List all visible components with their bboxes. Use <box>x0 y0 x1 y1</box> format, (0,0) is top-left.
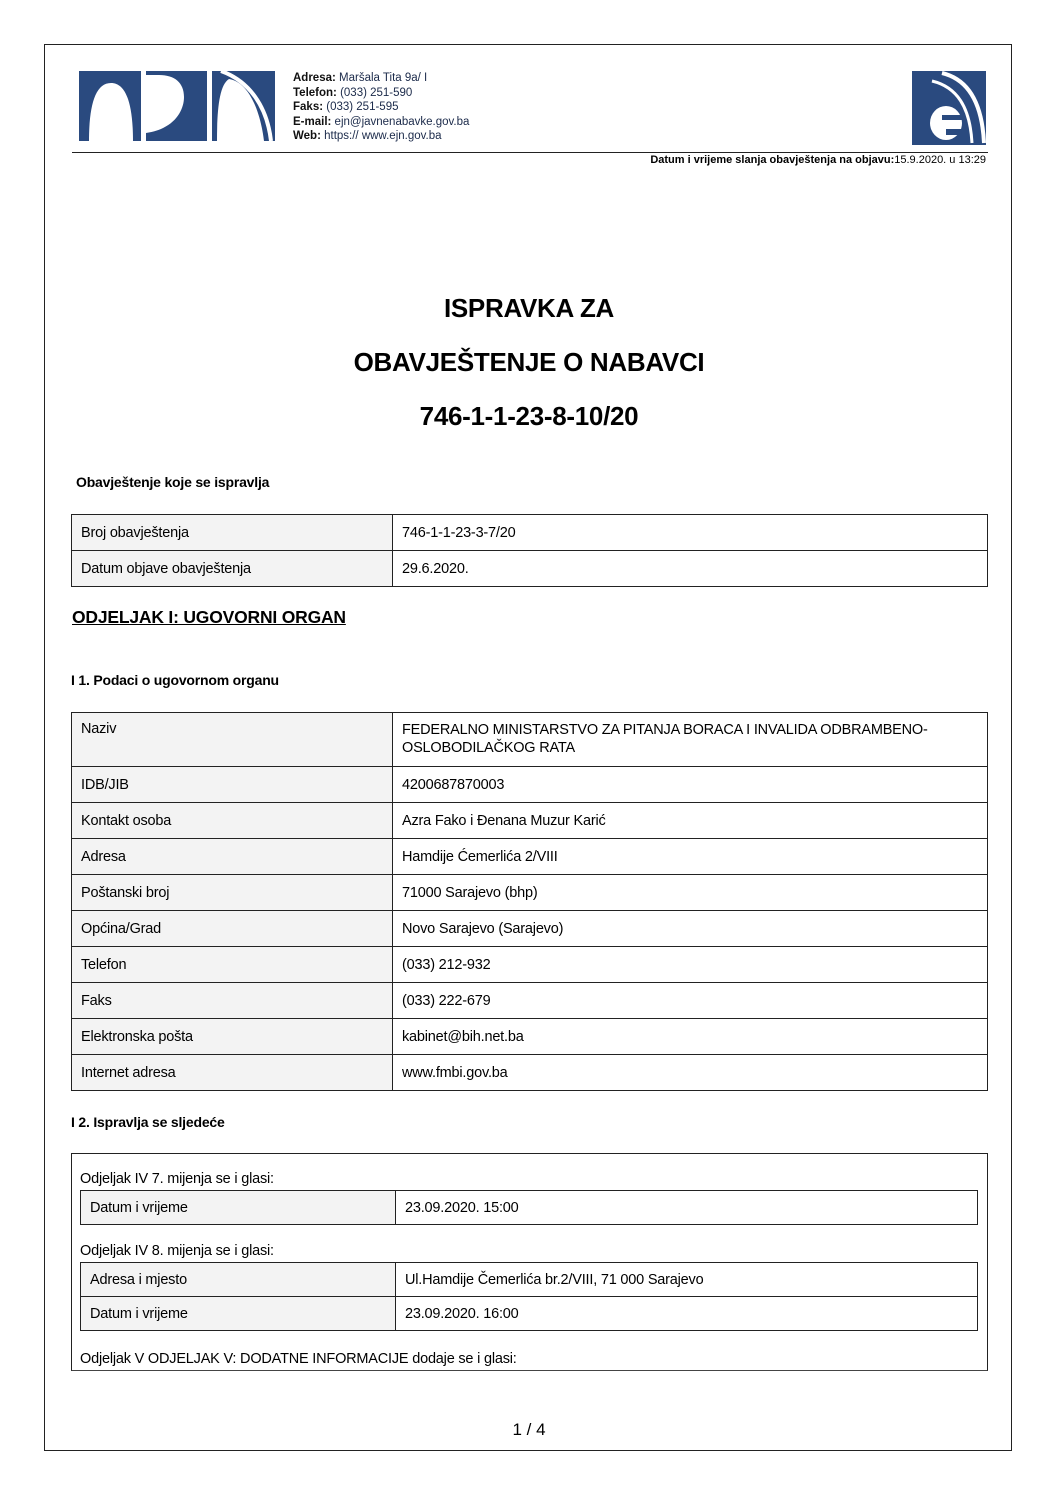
table-row: Elektronska poštakabinet@bih.net.ba <box>72 1019 988 1055</box>
row-value: Hamdije Ćemerlića 2/VIII <box>393 839 988 875</box>
table-row: Datum i vrijeme23.09.2020. 16:00 <box>81 1297 978 1331</box>
row-label: Adresa i mjesto <box>81 1263 396 1297</box>
table-row: IDB/JIB4200687870003 <box>72 767 988 803</box>
table-row: Kontakt osobaAzra Fako i Đenana Muzur Ka… <box>72 803 988 839</box>
contact-web: Web: https:// www.ejn.gov.ba <box>293 129 469 144</box>
row-label: Elektronska pošta <box>72 1019 393 1055</box>
row-label: Datum i vrijeme <box>81 1191 396 1225</box>
contact-info: Adresa: Maršala Tita 9a/ I Telefon: (033… <box>293 71 469 144</box>
row-label: Broj obavještenja <box>72 515 393 551</box>
table-row: Datum objave obavještenja29.6.2020. <box>72 551 988 587</box>
contact-phone: Telefon: (033) 251-590 <box>293 86 469 101</box>
change-title: Odjeljak V ODJELJAK V: DODATNE INFORMACI… <box>80 1351 517 1367</box>
row-label: Internet adresa <box>72 1055 393 1091</box>
ejn-logo-icon <box>912 71 986 145</box>
page-number: 1 / 4 <box>0 1420 1058 1440</box>
sent-datetime: Datum i vrijeme slanja obavještenja na o… <box>650 154 986 166</box>
table-row: NazivFEDERALNO MINISTARSTVO ZA PITANJA B… <box>72 713 988 767</box>
row-label: Adresa <box>72 839 393 875</box>
doc-title-line1: ISPRAVKA ZA <box>0 293 1058 324</box>
row-value: 746-1-1-23-3-7/20 <box>393 515 988 551</box>
row-label: Datum i vrijeme <box>81 1297 396 1331</box>
row-value: 29.6.2020. <box>393 551 988 587</box>
row-value: 4200687870003 <box>393 767 988 803</box>
row-value: 23.09.2020. 16:00 <box>396 1297 978 1331</box>
row-value: www.fmbi.gov.ba <box>393 1055 988 1091</box>
contact-fax: Faks: (033) 251-595 <box>293 100 469 115</box>
row-value: kabinet@bih.net.ba <box>393 1019 988 1055</box>
row-label: Općina/Grad <box>72 911 393 947</box>
row-value: 23.09.2020. 15:00 <box>396 1191 978 1225</box>
row-label: Datum objave obavještenja <box>72 551 393 587</box>
notice-table: Broj obavještenja746-1-1-23-3-7/20 Datum… <box>71 514 988 587</box>
table-row: Datum i vrijeme23.09.2020. 15:00 <box>81 1191 978 1225</box>
row-label: Telefon <box>72 947 393 983</box>
row-value: Novo Sarajevo (Sarajevo) <box>393 911 988 947</box>
table-row: Faks(033) 222-679 <box>72 983 988 1019</box>
row-value: 71000 Sarajevo (bhp) <box>393 875 988 911</box>
row-value: (033) 222-679 <box>393 983 988 1019</box>
section-title: ODJELJAK I: UGOVORNI ORGAN <box>72 607 346 628</box>
row-label: Kontakt osoba <box>72 803 393 839</box>
doc-number: 746-1-1-23-8-10/20 <box>0 401 1058 432</box>
contact-address: Adresa: Maršala Tita 9a/ I <box>293 71 469 86</box>
row-value: FEDERALNO MINISTARSTVO ZA PITANJA BORACA… <box>393 713 988 767</box>
row-label: Poštanski broj <box>72 875 393 911</box>
row-value: Ul.Hamdije Čemerlića br.2/VIII, 71 000 S… <box>396 1263 978 1297</box>
notice-heading: Obavještenje koje se ispravlja <box>76 474 269 490</box>
doc-title-line2: OBAVJEŠTENJE O NABAVCI <box>0 347 1058 378</box>
subsection-heading: I 1. Podaci o ugovornom organu <box>71 672 279 688</box>
table-row: Internet adresawww.fmbi.gov.ba <box>72 1055 988 1091</box>
change-title: Odjeljak IV 7. mijenja se i glasi: <box>80 1171 274 1187</box>
table-row: Broj obavještenja746-1-1-23-3-7/20 <box>72 515 988 551</box>
row-label: IDB/JIB <box>72 767 393 803</box>
row-label: Naziv <box>72 713 393 767</box>
table-row: Adresa i mjestoUl.Hamdije Čemerlića br.2… <box>81 1263 978 1297</box>
subsection-heading: I 2. Ispravlja se sljedeće <box>71 1114 225 1130</box>
table-row: Telefon(033) 212-932 <box>72 947 988 983</box>
row-label: Faks <box>72 983 393 1019</box>
contact-email: E-mail: ejn@javnenabavke.gov.ba <box>293 115 469 130</box>
header-divider <box>72 152 988 153</box>
change-table: Adresa i mjestoUl.Hamdije Čemerlića br.2… <box>80 1262 978 1331</box>
table-row: AdresaHamdije Ćemerlića 2/VIII <box>72 839 988 875</box>
contracting-authority-table: NazivFEDERALNO MINISTARSTVO ZA PITANJA B… <box>71 712 988 1091</box>
table-row: Općina/GradNovo Sarajevo (Sarajevo) <box>72 911 988 947</box>
row-value: Azra Fako i Đenana Muzur Karić <box>393 803 988 839</box>
table-row: Poštanski broj71000 Sarajevo (bhp) <box>72 875 988 911</box>
row-value: (033) 212-932 <box>393 947 988 983</box>
change-table: Datum i vrijeme23.09.2020. 15:00 <box>80 1190 978 1225</box>
ajn-logo-icon <box>79 71 275 141</box>
change-title: Odjeljak IV 8. mijenja se i glasi: <box>80 1243 274 1259</box>
